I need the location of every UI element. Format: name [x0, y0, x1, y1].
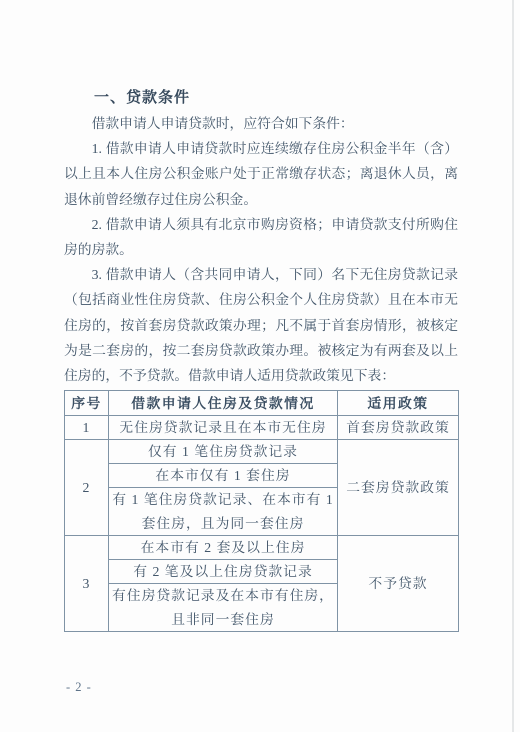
table-header-row: 序号 借款申请人住房及贷款情况 适用政策 [65, 391, 459, 416]
intro-paragraph: 借款申请人申请贷款时，应符合如下条件： [64, 111, 458, 136]
condition-3-paragraph: 3. 借款申请人（含共同申请人，下同）名下无住房贷款记录（包括商业性住房贷款、住… [64, 262, 458, 388]
document-body: 一、贷款条件 借款申请人申请贷款时，应符合如下条件： 1. 借款申请人申请贷款时… [64, 86, 458, 632]
condition-1-paragraph: 1. 借款申请人申请贷款时应连续缴存住房公积金半年（含）以上且本人住房公积金账户… [64, 136, 458, 212]
table-row-group1: 1 无住房贷款记录且在本市无住房 首套房贷款政策 [65, 416, 459, 440]
situation-cell: 有 2 笔及以上住房贷款记录 [109, 560, 338, 584]
condition-2-paragraph: 2. 借款申请人须具有北京市购房资格；申请贷款支付所购住房的房款。 [64, 212, 458, 262]
situation-cell: 无住房贷款记录且在本市无住房 [109, 416, 338, 440]
table-row-group2: 2 仅有 1 笔住房贷款记录 二套房贷款政策 [65, 440, 459, 464]
serial-no-cell: 3 [65, 536, 109, 632]
situation-cell: 仅有 1 笔住房贷款记录 [109, 440, 338, 464]
situation-cell: 有住房贷款记录及在本市有住房，且非同一套住房 [109, 584, 338, 632]
serial-no-cell: 1 [65, 416, 109, 440]
table-row-group3: 3 在本市有 2 套及以上住房 不予贷款 [65, 536, 459, 560]
policy-cell: 二套房贷款政策 [338, 440, 459, 536]
situation-cell: 在本市有 2 套及以上住房 [109, 536, 338, 560]
col-header-applicable-policy: 适用政策 [338, 391, 459, 416]
situation-cell: 有 1 笔住房贷款记录、在本市有 1 套住房，且为同一套住房 [109, 488, 338, 536]
policy-cell: 不予贷款 [338, 536, 459, 632]
loan-policy-table: 序号 借款申请人住房及贷款情况 适用政策 1 无住房贷款记录且在本市无住房 首套… [64, 390, 459, 632]
situation-cell: 在本市仅有 1 套住房 [109, 464, 338, 488]
col-header-serial-no: 序号 [65, 391, 109, 416]
policy-cell: 首套房贷款政策 [338, 416, 459, 440]
serial-no-cell: 2 [65, 440, 109, 536]
page-number: - 2 - [66, 680, 92, 695]
col-header-housing-loan-situation: 借款申请人住房及贷款情况 [109, 391, 338, 416]
scan-edge-artifact [512, 0, 514, 732]
section-heading: 一、贷款条件 [64, 86, 458, 111]
